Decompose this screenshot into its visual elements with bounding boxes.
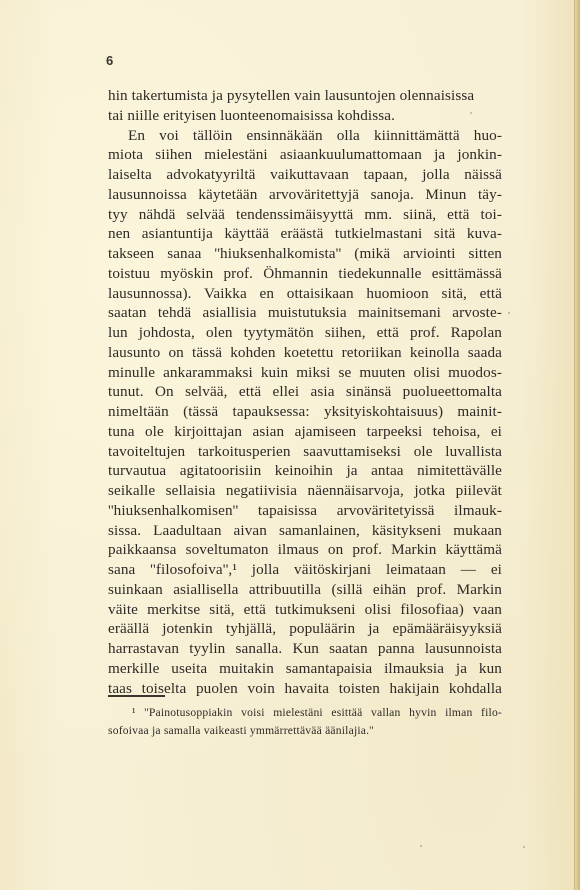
text-line: suinkaan asiallisella attribuutilla (sil… (108, 580, 502, 600)
text-line: hin takertumista ja pysytellen vain laus… (108, 86, 502, 106)
paper-speck (523, 846, 525, 848)
text-line: paikkaansa soveltumaton ilmaus on prof. … (108, 540, 502, 560)
paper-speck (508, 312, 510, 314)
page-edge-line (574, 0, 575, 890)
text-line: laiselta advokatyyriltä vaikuttavaan tap… (108, 165, 502, 185)
text-line: miota siihen mielestäni asiaankuulumatto… (108, 145, 502, 165)
text-line: takseen sanaa ''hiuksenhalkomista'' (mik… (108, 244, 502, 264)
text-line: lausunnoissa käytetään arvoväritettyjä s… (108, 185, 502, 205)
text-line: taas toiselta puolen voin havaita toiste… (108, 679, 502, 699)
footnote-divider (108, 695, 165, 697)
text-line: saatan tehdä asiallisia muistutuksia mai… (108, 303, 502, 323)
text-line: minulle ankarammaksi kuin miksi se muute… (108, 363, 502, 383)
footnote-line: ¹ ''Painotusoppiakin voisi mielestäni es… (108, 704, 502, 722)
text-line: lun johdosta, olen tyytymätön siihen, et… (108, 323, 502, 343)
text-line: toistuu myöskin prof. Öhmannin tiedekunn… (108, 264, 502, 284)
text-line: merkille useita muitakin samantapaisia i… (108, 659, 502, 679)
text-line: sana ''filosofoiva'',¹ jolla väitöskirja… (108, 560, 502, 580)
text-line: seikalle sellaisia negatiivisia näennäis… (108, 481, 502, 501)
text-line: tunut. On selvää, että ellei asia sinäns… (108, 382, 502, 402)
text-line: nen asiantuntija käyttää eräästä tutkiel… (108, 224, 502, 244)
text-line: lausunnossa). Vaikka en ottaisikaan huom… (108, 284, 502, 304)
paper-speck (470, 112, 472, 114)
text-line: lausunto on tässä kohden koetettu retori… (108, 343, 502, 363)
text-line: tai niille erityisen luonteenomaisissa k… (108, 106, 502, 126)
text-line: nimeltään (tässä tapauksessa: yksityisko… (108, 402, 502, 422)
footnotes: ¹ ''Painotusoppiakin voisi mielestäni es… (108, 704, 502, 740)
body-text: hin takertumista ja pysytellen vain laus… (108, 86, 502, 698)
text-line: tavoiteltujen tarkoitusperien saavuttami… (108, 442, 502, 462)
text-line: sissa. Laadultaan aivan samanlainen, käs… (108, 521, 502, 541)
text-line: eräällä jotenkin tyhjällä, populäärin ja… (108, 619, 502, 639)
text-line: ''hiuksenhalkomisen'' tapaisissa arvovär… (108, 501, 502, 521)
paragraph-start-line: En voi tällöin ensinnäkään olla kiinnitt… (108, 126, 502, 146)
text-line: turvautua agitatoorisiin keinoihin ja an… (108, 461, 502, 481)
paper-speck (420, 845, 422, 847)
text-line: väite merkitse sitä, että tutkimukseni o… (108, 600, 502, 620)
page-number: 6 (106, 53, 113, 68)
footnote-line: sofoivaa ja samalla vaikeasti ymmärrettä… (108, 722, 502, 740)
text-line: harrastavan tyylin sanalla. Kun saatan p… (108, 639, 502, 659)
text-line: tyy nähdä selvää tendenssimäisyyttä mm. … (108, 205, 502, 225)
text-line: tuna ole kirjoittajan asian ajamiseen ta… (108, 422, 502, 442)
